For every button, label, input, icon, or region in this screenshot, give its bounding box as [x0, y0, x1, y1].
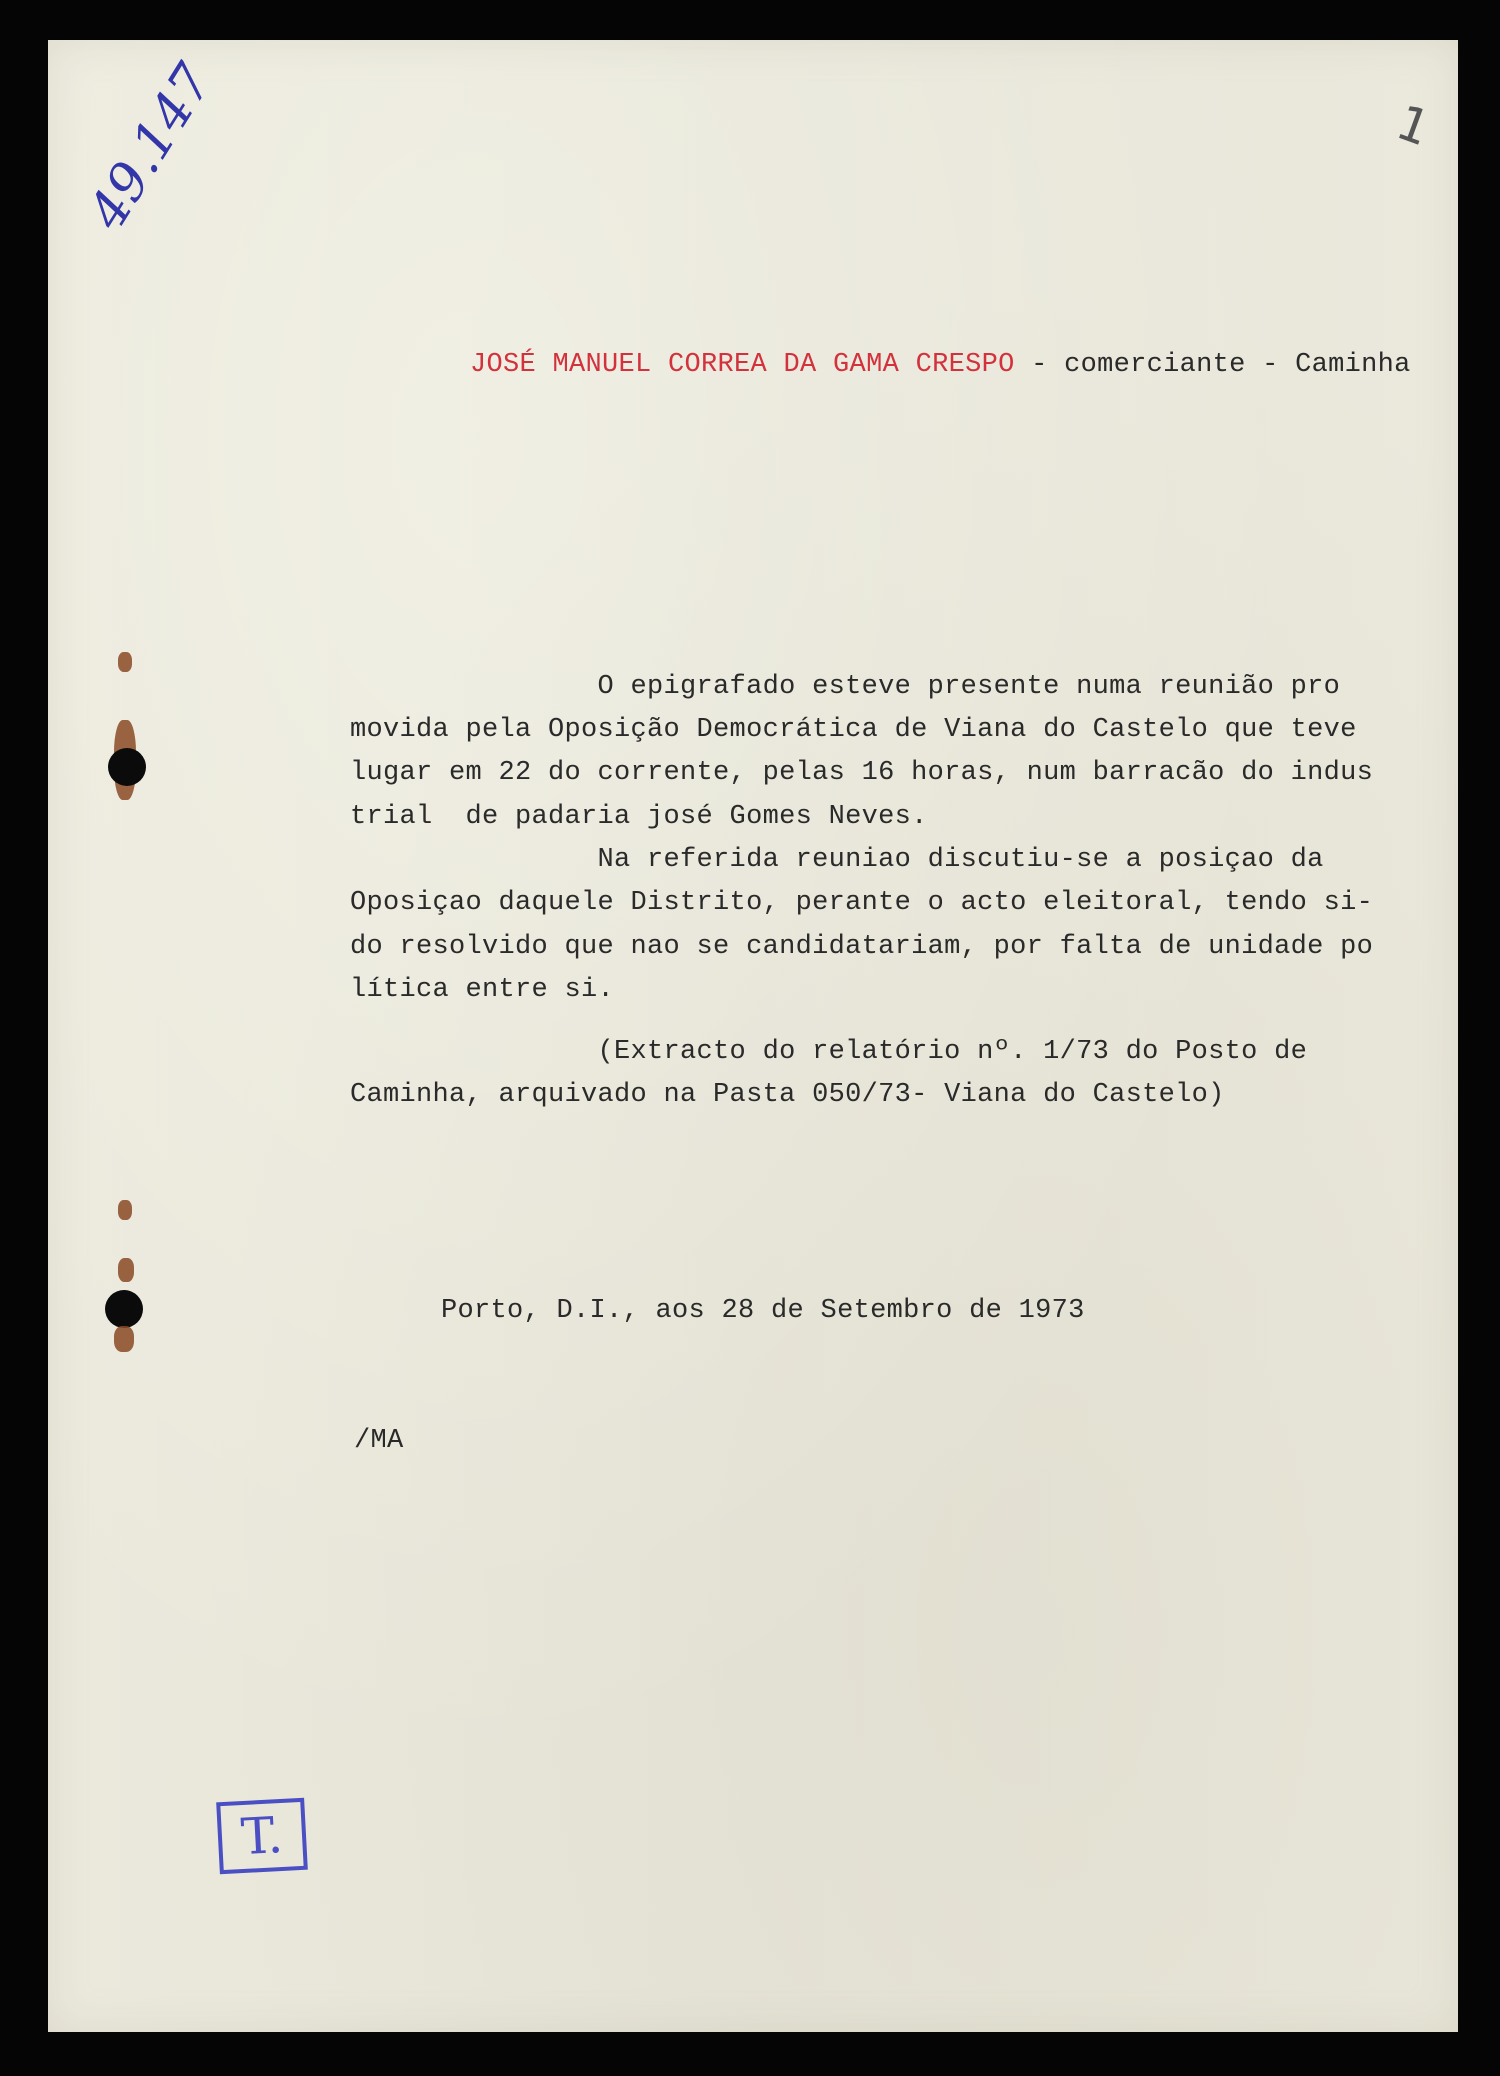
binder-hole — [105, 1290, 143, 1328]
document-header: JOSÉ MANUEL CORREA DA GAMA CRESPO - come… — [470, 350, 1411, 380]
rust-stain — [118, 652, 132, 672]
extract-note-line: Caminha, arquivado na Pasta 050/73- Vian… — [350, 1080, 1225, 1110]
body-line: movida pela Oposição Democrática de Vian… — [350, 715, 1357, 745]
body-line: lítica entre si. — [350, 975, 614, 1005]
extract-note-line: (Extracto do relatório nº. 1/73 do Posto… — [350, 1037, 1307, 1067]
body-line: Na referida reuniao discutiu-se a posiça… — [350, 845, 1324, 875]
body-line: lugar em 22 do corrente, pelas 16 horas,… — [350, 758, 1373, 788]
body-line: O epigrafado esteve presente numa reuniã… — [350, 672, 1340, 702]
body-line: trial de padaria josé Gomes Neves. — [350, 802, 928, 832]
typist-initials: /MA — [354, 1426, 404, 1456]
place-date: Porto, D.I., aos 28 de Setembro de 1973 — [441, 1296, 1085, 1326]
subject-location: Caminha — [1295, 350, 1411, 380]
subject-occupation: comerciante — [1064, 350, 1246, 380]
rust-stain — [118, 1258, 134, 1282]
document-page: 49.147 1 JOSÉ MANUEL CORREA DA GAMA CRES… — [48, 40, 1458, 2032]
binder-hole — [108, 748, 146, 786]
page-number-mark: 1 — [1389, 94, 1437, 157]
archive-stamp: T. — [216, 1798, 308, 1875]
body-line: Oposiçao daquele Distrito, perante o act… — [350, 888, 1373, 918]
subject-name: JOSÉ MANUEL CORREA DA GAMA CRESPO — [470, 350, 1015, 380]
rust-stain — [114, 1326, 134, 1352]
rust-stain — [118, 1200, 132, 1220]
handwritten-reference-number: 49.147 — [77, 54, 224, 240]
header-separator: - — [1015, 350, 1065, 380]
header-separator: - — [1246, 350, 1296, 380]
body-line: do resolvido que nao se candidatariam, p… — [350, 932, 1373, 962]
